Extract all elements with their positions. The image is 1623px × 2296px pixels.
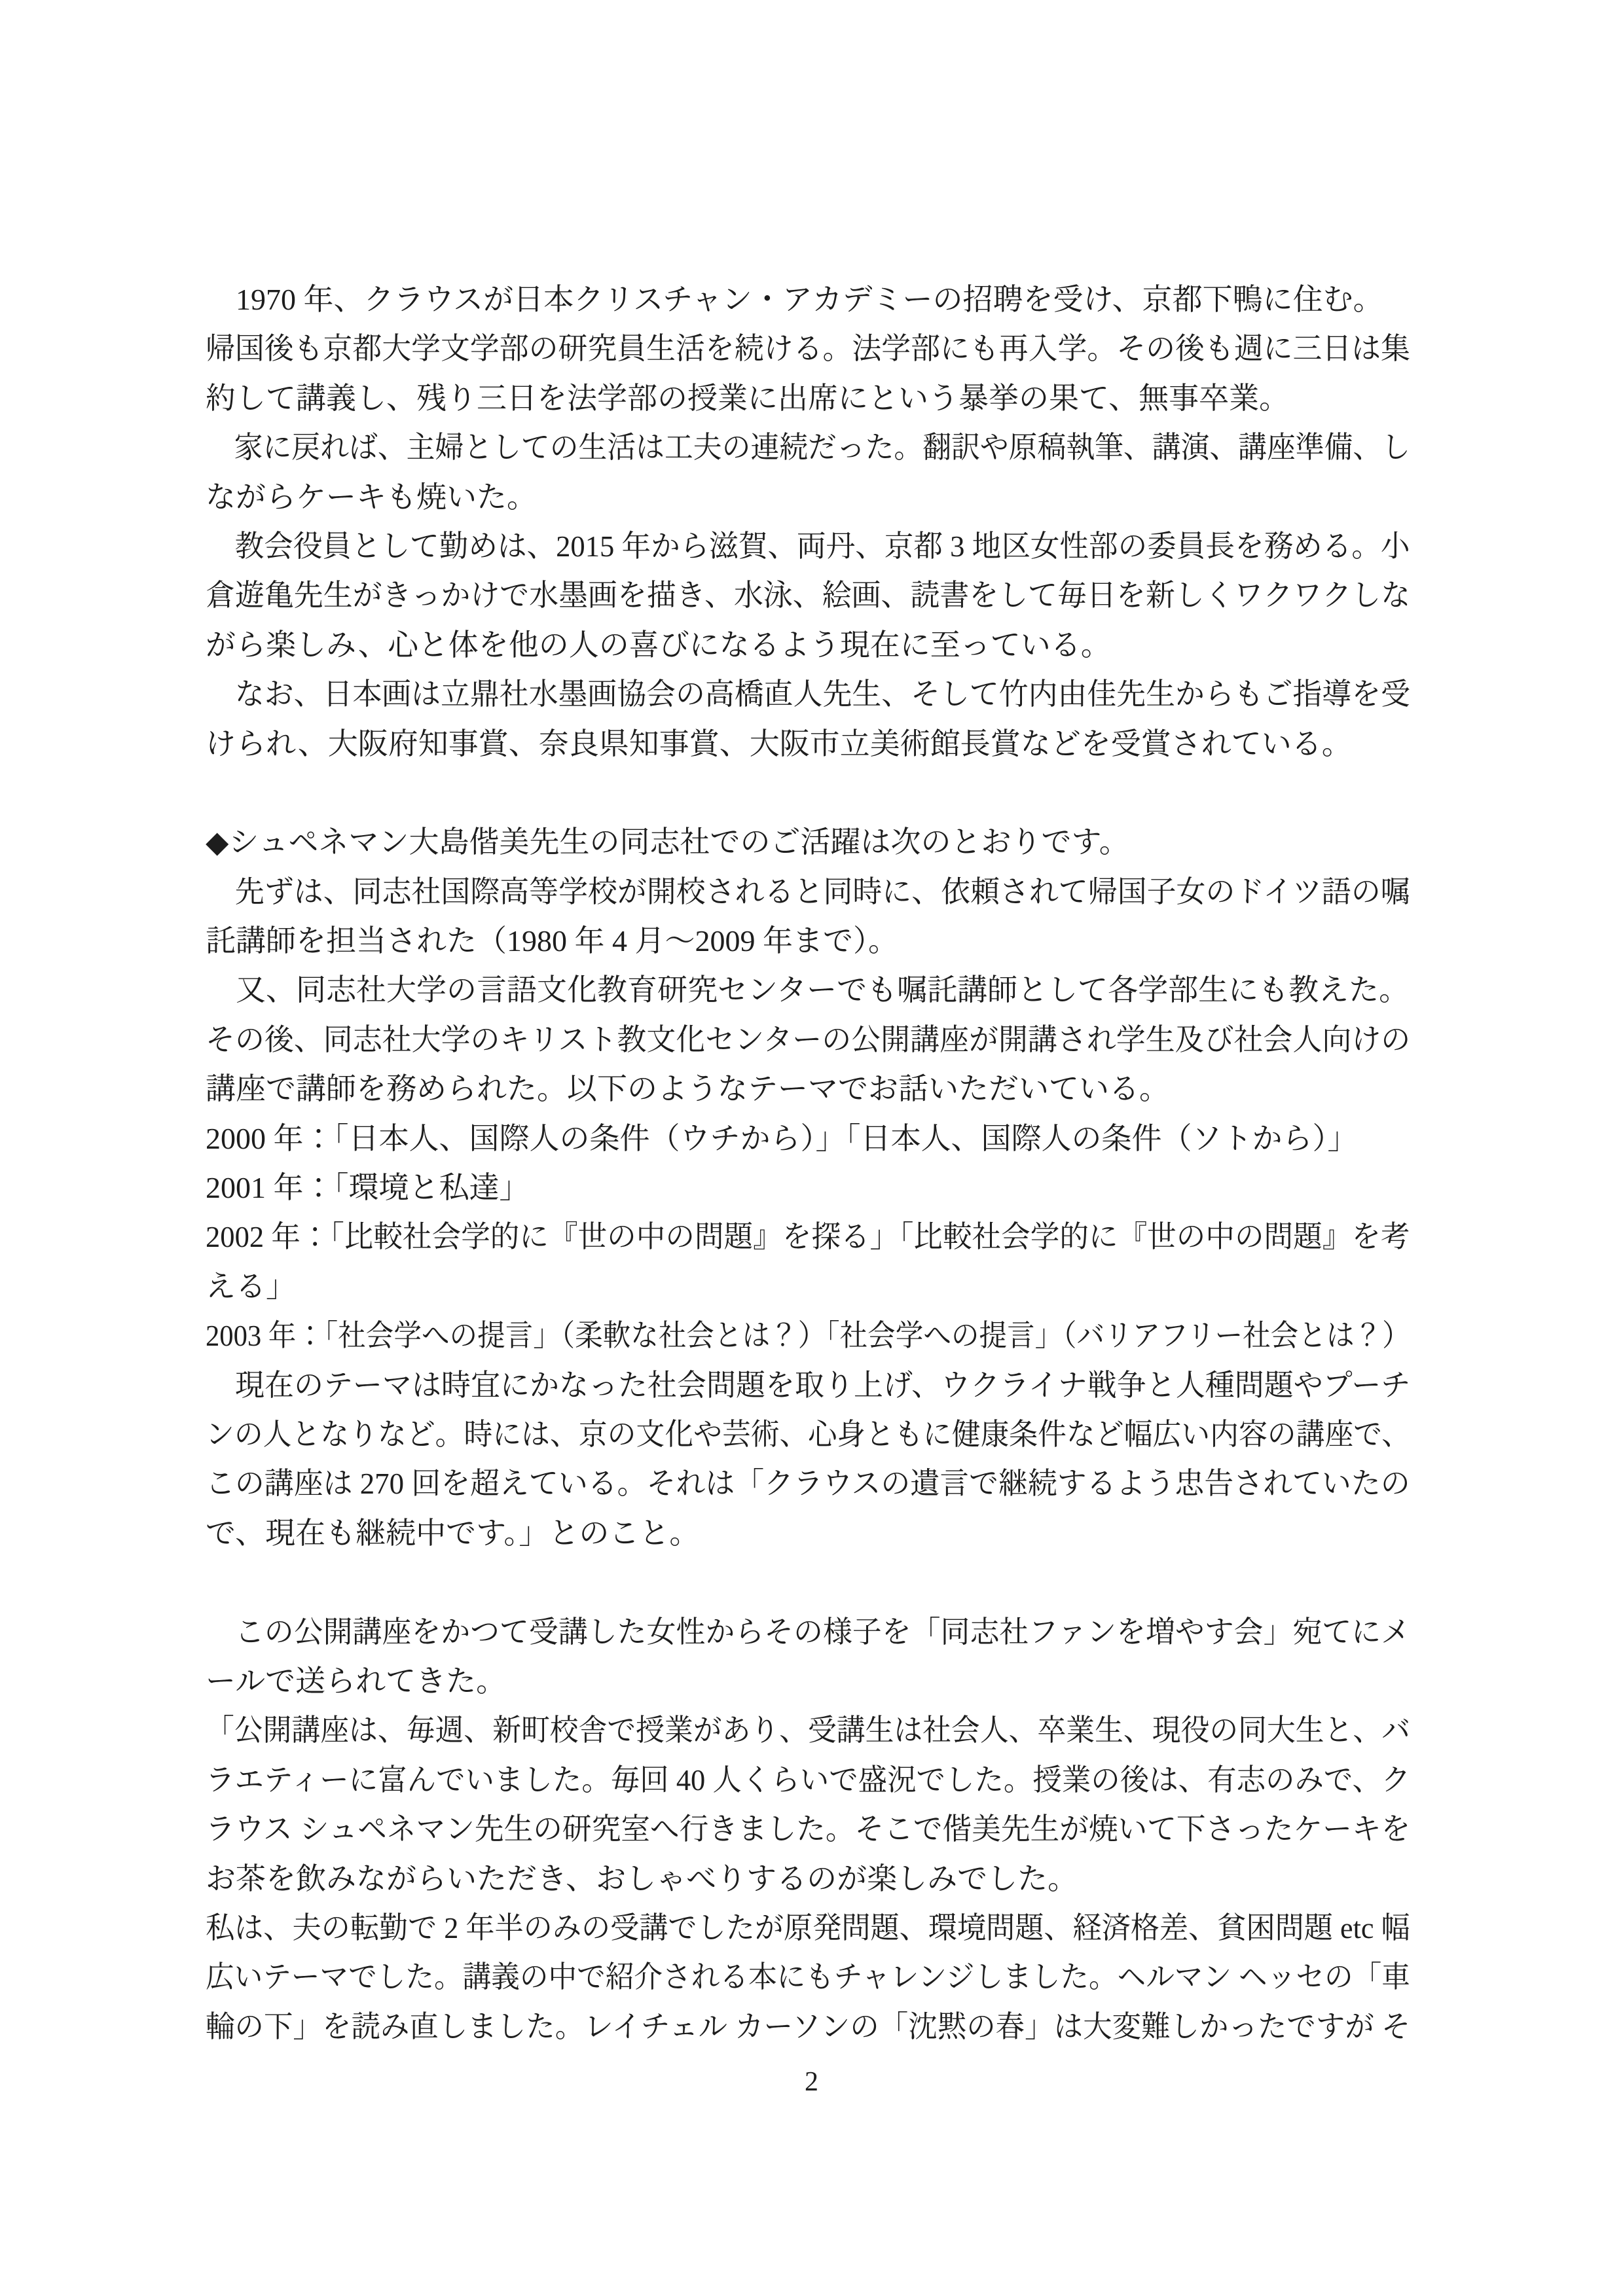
text-block: 1970 年、クラウスが日本クリスチャン・アカデミーの招聘を受け、京都下鴨に住む…	[206, 275, 1410, 2051]
text-line: なお、日本画は立鼎社水墨画協会の高橋直人先生、そして竹内由佳先生からもご指導を受	[206, 670, 1381, 719]
text-line: 2001 年：「環境と私達」	[206, 1163, 1410, 1212]
text-line: ールで送られてきた。	[206, 1657, 1410, 1706]
text-line: この講座は 270 回を超えている。それは「クラウスの遺言で継続するよう忠告され…	[206, 1459, 1381, 1508]
text-line: 帰国後も京都大学文学部の研究員生活を続ける。法学部にも再入学。その後も週に三日は…	[206, 324, 1381, 373]
text-line: 2002 年：「比較社会学的に『世の中の問題』を探る」「比較社会学的に『世の中の…	[206, 1212, 1374, 1261]
text-line: 2003 年：「社会学への提言」（柔軟な社会とは？）「社会学への提言」（バリアフ…	[206, 1311, 1321, 1360]
text-line: 現在のテーマは時宜にかなった社会問題を取り上げ、ウクライナ戦争と人種問題やプーチ	[206, 1361, 1384, 1410]
text-line: この公開講座をかつて受講した女性からその様子を「同志社ファンを増やす会」宛てにメ	[206, 1607, 1381, 1657]
text-line: 約して講義し、残り三日を法学部の授業に出席にという暴挙の果て、無事卒業。	[206, 374, 1410, 423]
text-line: 広いテーマでした。講義の中で紹介される本にもチャレンジしました。ヘルマン ヘッセ…	[206, 1952, 1348, 2001]
text-line: 2000 年：「日本人、国際人の条件（ウチから）」「日本人、国際人の条件（ソトか…	[206, 1114, 1410, 1163]
text-line: ラウス シュペネマン先生の研究室へ行きました。そこで偕美先生が焼いて下さったケー…	[206, 1804, 1376, 1854]
text-line: お茶を飲みながらいただき、おしゃべりするのが楽しみでした。	[206, 1854, 1410, 1903]
text-line: 倉遊亀先生がきっかけで水墨画を描き、水泳、絵画、読書をして毎日を新しくワクワクし…	[206, 571, 1382, 620]
text-line: ンの人となりなど。時には、京の文化や芸術、心身ともに健康条件など幅広い内容の講座…	[206, 1410, 1353, 1459]
text-line: ◆シュペネマン大島偕美先生の同志社でのご活躍は次のとおりです。	[206, 817, 1410, 867]
text-line	[206, 768, 1410, 817]
text-line: 輪の下」を読み直しました。レイチェル カーソンの「沈黙の春」は大変難しかったです…	[206, 2002, 1370, 2051]
text-line: 託講師を担当された（1980 年 4 月～2009 年まで）。	[206, 916, 1410, 965]
text-line: 1970 年、クラウスが日本クリスチャン・アカデミーの招聘を受け、京都下鴨に住む…	[206, 275, 1410, 324]
text-line: 私は、夫の転勤で 2 年半のみの受講でしたが原発問題、環境問題、経済格差、貧困問…	[206, 1903, 1362, 1952]
text-line: ながらケーキも焼いた。	[206, 473, 1410, 522]
text-line: 又、同志社大学の言語文化教育研究センターでも嘱託講師として各学部生にも教えた。	[206, 965, 1410, 1014]
document-page: 1970 年、クラウスが日本クリスチャン・アカデミーの招聘を受け、京都下鴨に住む…	[0, 0, 1623, 2296]
text-line: その後、同志社大学のキリスト教文化センターの公開講座が開講され学生及び社会人向け…	[206, 1015, 1383, 1064]
text-line: 先ずは、同志社国際高等学校が開校されると同時に、依頼されて帰国子女のドイツ語の嘱	[206, 867, 1382, 916]
page-number: 2	[0, 2066, 1623, 2098]
text-line: がら楽しみ、心と体を他の人の喜びになるよう現在に至っている。	[206, 620, 1410, 670]
text-line: 家に戻れば、主婦としての生活は工夫の連続だった。翻訳や原稿執筆、講演、講座準備、…	[206, 423, 1353, 472]
text-line: 教会役員として勤めは、2015 年から滋賀、両丹、京都 3 地区女性部の委員長を…	[206, 522, 1374, 571]
text-line	[206, 1558, 1410, 1607]
text-line: ラエティーに富んでいました。毎回 40 人くらいで盛況でした。授業の後は、有志の…	[206, 1755, 1370, 1804]
text-line: けられ、大阪府知事賞、奈良県知事賞、大阪市立美術館長賞などを受賞されている。	[206, 719, 1410, 768]
text-line: える」	[206, 1262, 1410, 1311]
text-line: 講座で講師を務められた。以下のようなテーマでお話いただいている。	[206, 1064, 1410, 1113]
text-line: 「公開講座は、毎週、新町校舎で授業があり、受講生は社会人、卒業生、現役の同大生と…	[206, 1706, 1353, 1755]
text-line: で、現在も継続中です。」とのこと。	[206, 1509, 1410, 1558]
